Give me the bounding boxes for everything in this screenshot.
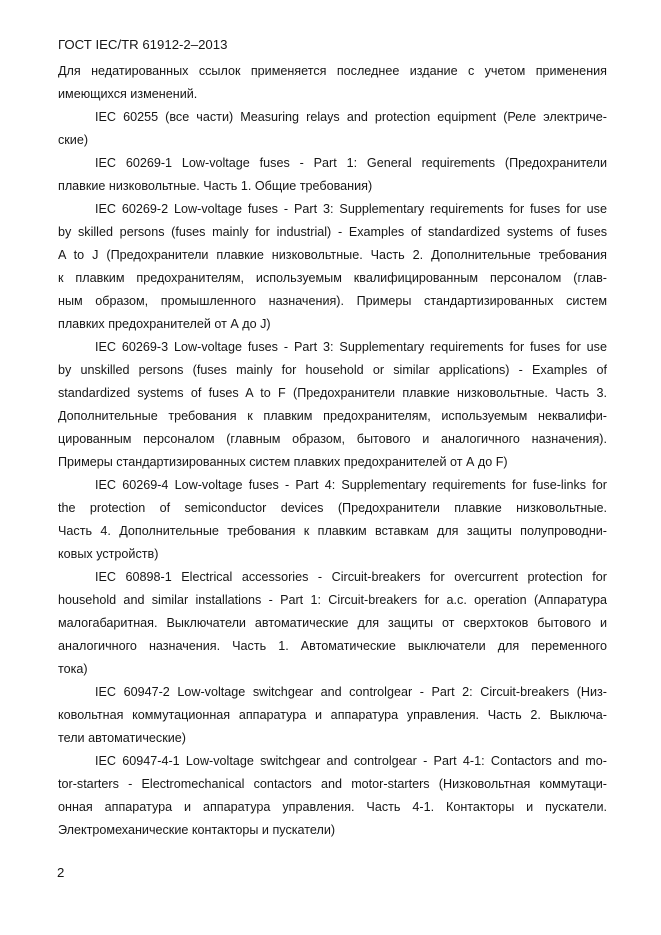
text-line: Для недатированных ссылок применяется по… (58, 60, 607, 83)
text-line: ковых устройств) (58, 543, 607, 566)
text-line: IEC 60269-4 Low-voltage fuses - Part 4: … (58, 474, 607, 497)
text-line: плавкие низковольтные. Часть 1. Общие тр… (58, 175, 607, 198)
text-line: IEC 60269-1 Low-voltage fuses - Part 1: … (58, 152, 607, 175)
text-line: ным образом, промышленного назначения). … (58, 290, 607, 313)
text-line: к плавким предохранителям, используемым … (58, 267, 607, 290)
text-line: tor-starters - Electromechanical contact… (58, 773, 607, 796)
text-line: Часть 4. Дополнительные требования к пла… (58, 520, 607, 543)
text-line: IEC 60898-1 Electrical accessories - Cir… (58, 566, 607, 589)
text-line: Примеры стандартизированных систем плавк… (58, 451, 607, 474)
text-line: by unskilled persons (fuses mainly for h… (58, 359, 607, 382)
text-line: standardized systems of fuses A to F (Пр… (58, 382, 607, 405)
text-line: тока) (58, 658, 607, 681)
text-line: плавких предохранителей от А до J) (58, 313, 607, 336)
text-line: A to J (Предохранители плавкие низковоль… (58, 244, 607, 267)
document-page: ГОСТ IEC/TR 61912-2–2013 Для недатирован… (0, 0, 661, 935)
text-line: малогабаритная. Выключатели автоматическ… (58, 612, 607, 635)
text-line: by skilled persons (fuses mainly for ind… (58, 221, 607, 244)
text-line: имеющихся изменений. (58, 83, 607, 106)
document-body: Для недатированных ссылок применяется по… (58, 60, 607, 842)
text-line: тели автоматические) (58, 727, 607, 750)
text-line: Дополнительные требования к плавким пред… (58, 405, 607, 428)
text-line: ковольтная коммутационная аппаратура и а… (58, 704, 607, 727)
text-line: цированным персоналом (главным образом, … (58, 428, 607, 451)
text-line: онная аппаратура и аппаратура управления… (58, 796, 607, 819)
page-header: ГОСТ IEC/TR 61912-2–2013 (58, 37, 227, 53)
text-line: IEC 60255 (все части) Measuring relays a… (58, 106, 607, 129)
text-line: IEC 60947-4-1 Low-voltage switchgear and… (58, 750, 607, 773)
text-line: IEC 60269-2 Low-voltage fuses - Part 3: … (58, 198, 607, 221)
text-line: household and similar installations - Pa… (58, 589, 607, 612)
text-line: IEC 60269-3 Low-voltage fuses - Part 3: … (58, 336, 607, 359)
text-line: the protection of semiconductor devices … (58, 497, 607, 520)
page-number: 2 (57, 861, 64, 884)
text-line: Электромеханические контакторы и пускате… (58, 819, 607, 842)
text-line: ские) (58, 129, 607, 152)
text-line: IEC 60947-2 Low-voltage switchgear and c… (58, 681, 607, 704)
text-line: аналогичного назначения. Часть 1. Автома… (58, 635, 607, 658)
